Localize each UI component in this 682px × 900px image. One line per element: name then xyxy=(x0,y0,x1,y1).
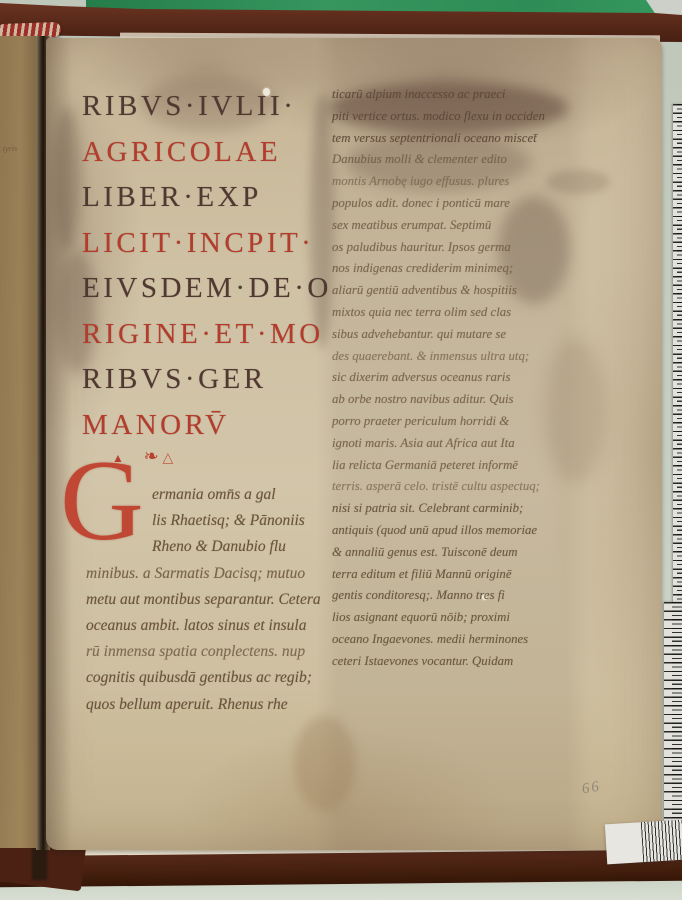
body-line: sex meatibus erumpat. Septimū xyxy=(332,215,582,237)
left-text-column: ermania omn̄s a gal lis Rhaetisq; & Pāno… xyxy=(86,482,356,718)
body-line: Rheno & Danubio flu xyxy=(86,534,356,560)
body-line: quos bellum aperuit. Rhenus rhe xyxy=(86,692,356,718)
title-line: EIVSDEM·DE·O xyxy=(82,266,342,312)
body-line: rū inmensa spatia conplectens. nup xyxy=(86,639,356,665)
body-line: lia relicta Germaniā peteret informē xyxy=(332,455,582,477)
body-line: os paludibus hauritur. Ipsos germa xyxy=(332,237,582,259)
body-line: lios asignant equorū nōib; proximi xyxy=(332,607,582,629)
title-line: AGRICOLAE xyxy=(82,130,342,176)
ruler-tick-marks xyxy=(641,820,682,862)
title-line: RIBVS·GER xyxy=(82,357,342,403)
title-line: RIBVS·IVLII· xyxy=(82,84,342,130)
facing-page-text-fragment: tyris xyxy=(3,144,17,153)
body-line: aliarū gentiū adventibus & hospitiis xyxy=(332,280,582,302)
manuscript-photo: tyris RIBVS·IVLII· AGRICOLAE LIBER·EXP L… xyxy=(0,0,682,900)
body-line: nos indigenas crediderim minimeq; xyxy=(332,258,582,280)
body-line: Danubius molli & clementer edito xyxy=(332,149,582,171)
title-line: LIBER·EXP xyxy=(82,175,342,221)
leather-cover-bottom xyxy=(0,850,682,888)
body-line: oceano Ingaevones. medii herminones xyxy=(332,629,582,651)
body-line: montis Arnobę iugo effusus. plures xyxy=(332,171,582,193)
body-line: metu aut montibus separantur. Cetera xyxy=(86,587,356,613)
body-line: sibus advehebantur. qui mutare se xyxy=(332,324,582,346)
measuring-ruler xyxy=(673,104,682,609)
body-line: antiquis (quod unū apud illos memoriae xyxy=(332,520,582,542)
body-line: des quaerebant. & inmensus ultra utq; xyxy=(332,346,582,368)
body-line: sic dixerim adversus oceanus raris xyxy=(332,367,582,389)
body-line: porro praeter periculum horridi & xyxy=(332,411,582,433)
title-line: RIGINE·ET·MO xyxy=(82,312,342,358)
right-text-column: ticarū alpium inaccesso ac praeci piti v… xyxy=(332,84,582,673)
body-line: ignoti maris. Asia aut Africa aut Ita xyxy=(332,433,582,455)
explicit-incipit-title: RIBVS·IVLII· AGRICOLAE LIBER·EXP LICIT·I… xyxy=(82,84,342,448)
hedera-ornament-icon: ❧ xyxy=(144,446,159,466)
facing-page-sliver: tyris xyxy=(0,36,38,848)
body-line: cognitis quibusdā gentibus ac regib; xyxy=(86,665,356,691)
body-line: terris. asperā celo. tristē cultu aspect… xyxy=(332,476,582,498)
body-line: ermania omn̄s a gal xyxy=(86,482,356,508)
body-line: gentis conditoresq;. Manno tres fi xyxy=(332,585,582,607)
body-line: lis Rhaetisq; & Pānoniis xyxy=(86,508,356,534)
manuscript-page: RIBVS·IVLII· AGRICOLAE LIBER·EXP LICIT·I… xyxy=(46,38,662,850)
measuring-ruler xyxy=(664,602,682,830)
body-line: piti vertice ortus. modico flexu in occi… xyxy=(332,106,582,128)
body-line: mixtos quia nec terra olim sed clas xyxy=(332,302,582,324)
title-line: LICIT·INCPIT· xyxy=(82,221,342,267)
body-line: minibus. a Sarmatis Dacisq; mutuo xyxy=(86,561,356,587)
body-line: & annaliū genus est. Tuisconē deum xyxy=(332,542,582,564)
body-line: oceanus ambit. latos sinus et insula xyxy=(86,613,356,639)
body-line: ceteri Istaevones vocantur. Quidam xyxy=(332,651,582,673)
parchment-stain xyxy=(294,716,356,811)
body-line: nisi si patria sit. Celebrant carminib; xyxy=(332,498,582,520)
body-line: populos adit. donec i ponticū mare xyxy=(332,193,582,215)
folio-number: 66 xyxy=(581,778,603,798)
body-line: terra editum et filiū Mannū originē xyxy=(332,564,582,586)
body-line: tem versus septentrionali oceano miscet̄ xyxy=(332,128,582,150)
ink-smudge xyxy=(54,106,80,251)
triangle-ornament-icon: △ xyxy=(162,451,173,466)
measuring-ruler-corner xyxy=(605,820,682,865)
body-line: ticarū alpium inaccesso ac praeci xyxy=(332,84,582,106)
body-line: ab orbe nostro navibus aditur. Quis xyxy=(332,389,582,411)
